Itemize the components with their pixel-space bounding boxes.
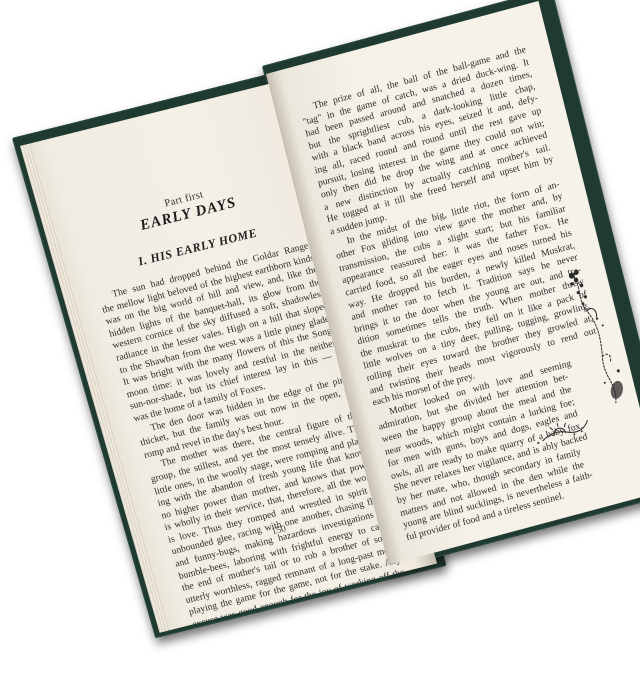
open-book-photo: Part first EARLY DAYS I. HIS EARLY HOME … [0, 0, 640, 690]
